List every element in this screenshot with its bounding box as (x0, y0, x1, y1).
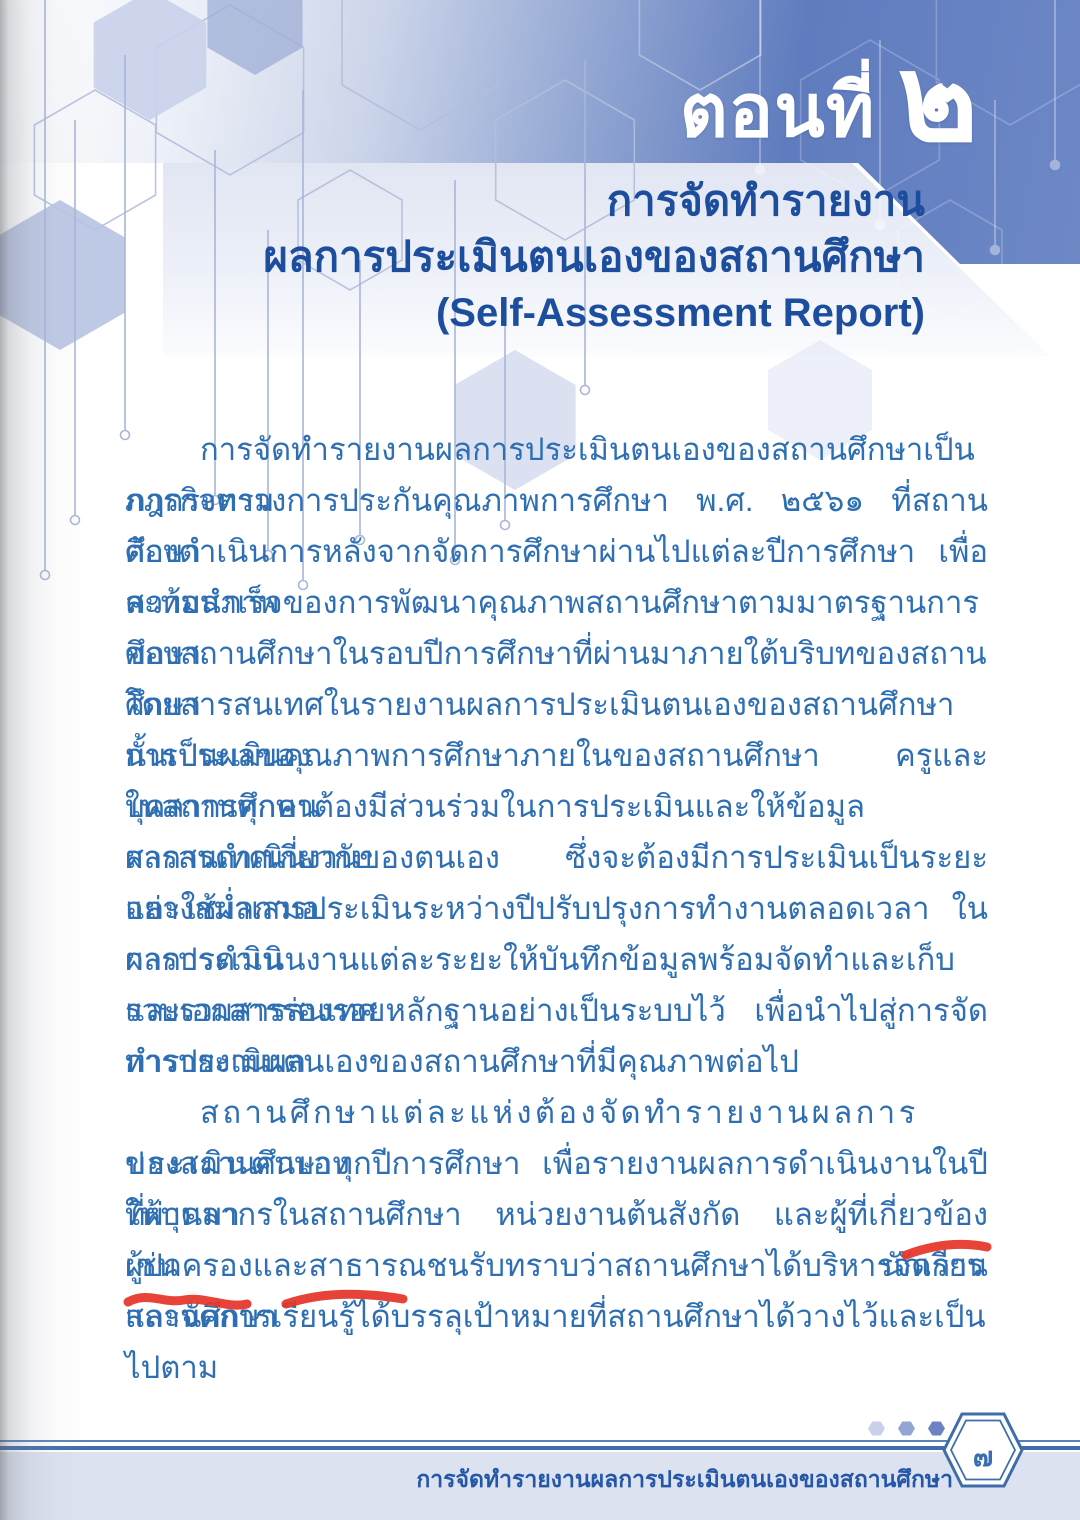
body-line: ในสถานศึกษาต้องมีส่วนร่วมในการประเมินและ… (125, 781, 988, 832)
body-line: ของสถานศึกษาในรอบปีการศึกษาที่ผ่านมาภายใ… (125, 628, 988, 679)
body-line: ผู้ปกครองและสาธารณชนรับทราบว่าสถานศึกษาไ… (125, 1240, 988, 1291)
body-line: และเอกสารร่องรอยหลักฐานอย่างเป็นระบบไว้ … (125, 985, 988, 1036)
footer-rule-thick (0, 1446, 1080, 1450)
document-page: { "header": { "section_label": "ตอนที่",… (0, 0, 1080, 1520)
body-line: กฎกระทรวงการประกันคุณภาพการศึกษา พ.ศ. ๒๕… (125, 475, 988, 526)
body-line: ต้องดำเนินการหลังจากจัดการศึกษาผ่านไปแต่… (125, 526, 988, 577)
body-line: การประเมินคุณภาพการศึกษาภายในของสถานศึกษ… (125, 730, 988, 781)
body-line: ผลการดำเนินงานของตนเอง ซึ่งจะต้องมีการปร… (125, 832, 988, 883)
title-line-english: (Self-Assessment Report) (263, 285, 925, 341)
body-line: โดยสารสนเทศในรายงานผลการประเมินตนเองของส… (125, 679, 988, 730)
body-line: ผลการดำเนินงานแต่ละระยะให้บันทึกข้อมูลพร… (125, 934, 988, 985)
page-edge-shadow (0, 0, 90, 1520)
body-line: และจัดการเรียนรู้ได้บรรลุเป้าหมายที่สถาน… (125, 1291, 988, 1342)
body-line: ความสำเร็จของการพัฒนาคุณภาพสถานศึกษาตามม… (125, 577, 988, 628)
footer-rule-thin (0, 1440, 1080, 1442)
page-title: การจัดทำรายงาน ผลการประเมินตนเองของสถานศ… (263, 173, 925, 341)
page-number: ๗ (941, 1435, 1025, 1478)
title-line-2: ผลการประเมินตนเองของสถานศึกษา (263, 229, 925, 285)
body-line: การจัดทำรายงานผลการประเมินตนเองของสถานศึ… (125, 424, 988, 475)
body-line: ของสถานศึกษาทุกปีการศึกษา เพื่อรายงานผลก… (125, 1138, 988, 1189)
section-number-thai-2: ๒ (898, 42, 978, 154)
page-number-badge: ๗ (941, 1411, 1025, 1489)
hex-dot-medium (898, 1421, 915, 1436)
body-line: ให้บุคลากรในสถานศึกษา หน่วยงานต้นสังกัด … (125, 1189, 988, 1240)
section-label: ตอนที่ (680, 74, 876, 148)
body-text: การจัดทำรายงานผลการประเมินตนเองของสถานศึ… (125, 424, 988, 1342)
body-line: และใช้ผลการประเมินระหว่างปีปรับปรุงการทำ… (125, 883, 988, 934)
body-line: การประเมินตนเองของสถานศึกษาที่มีคุณภาพต่… (125, 1036, 988, 1087)
hex-dot-light (868, 1421, 885, 1436)
section-heading: ตอนที่ ๒ (680, 42, 978, 148)
body-line: สถานศึกษาแต่ละแห่งต้องจัดทำรายงานผลการปร… (125, 1087, 988, 1138)
title-line-1: การจัดทำรายงาน (263, 173, 925, 229)
footer-title: การจัดทำรายงานผลการประเมินตนเองของสถานศึ… (416, 1462, 953, 1498)
